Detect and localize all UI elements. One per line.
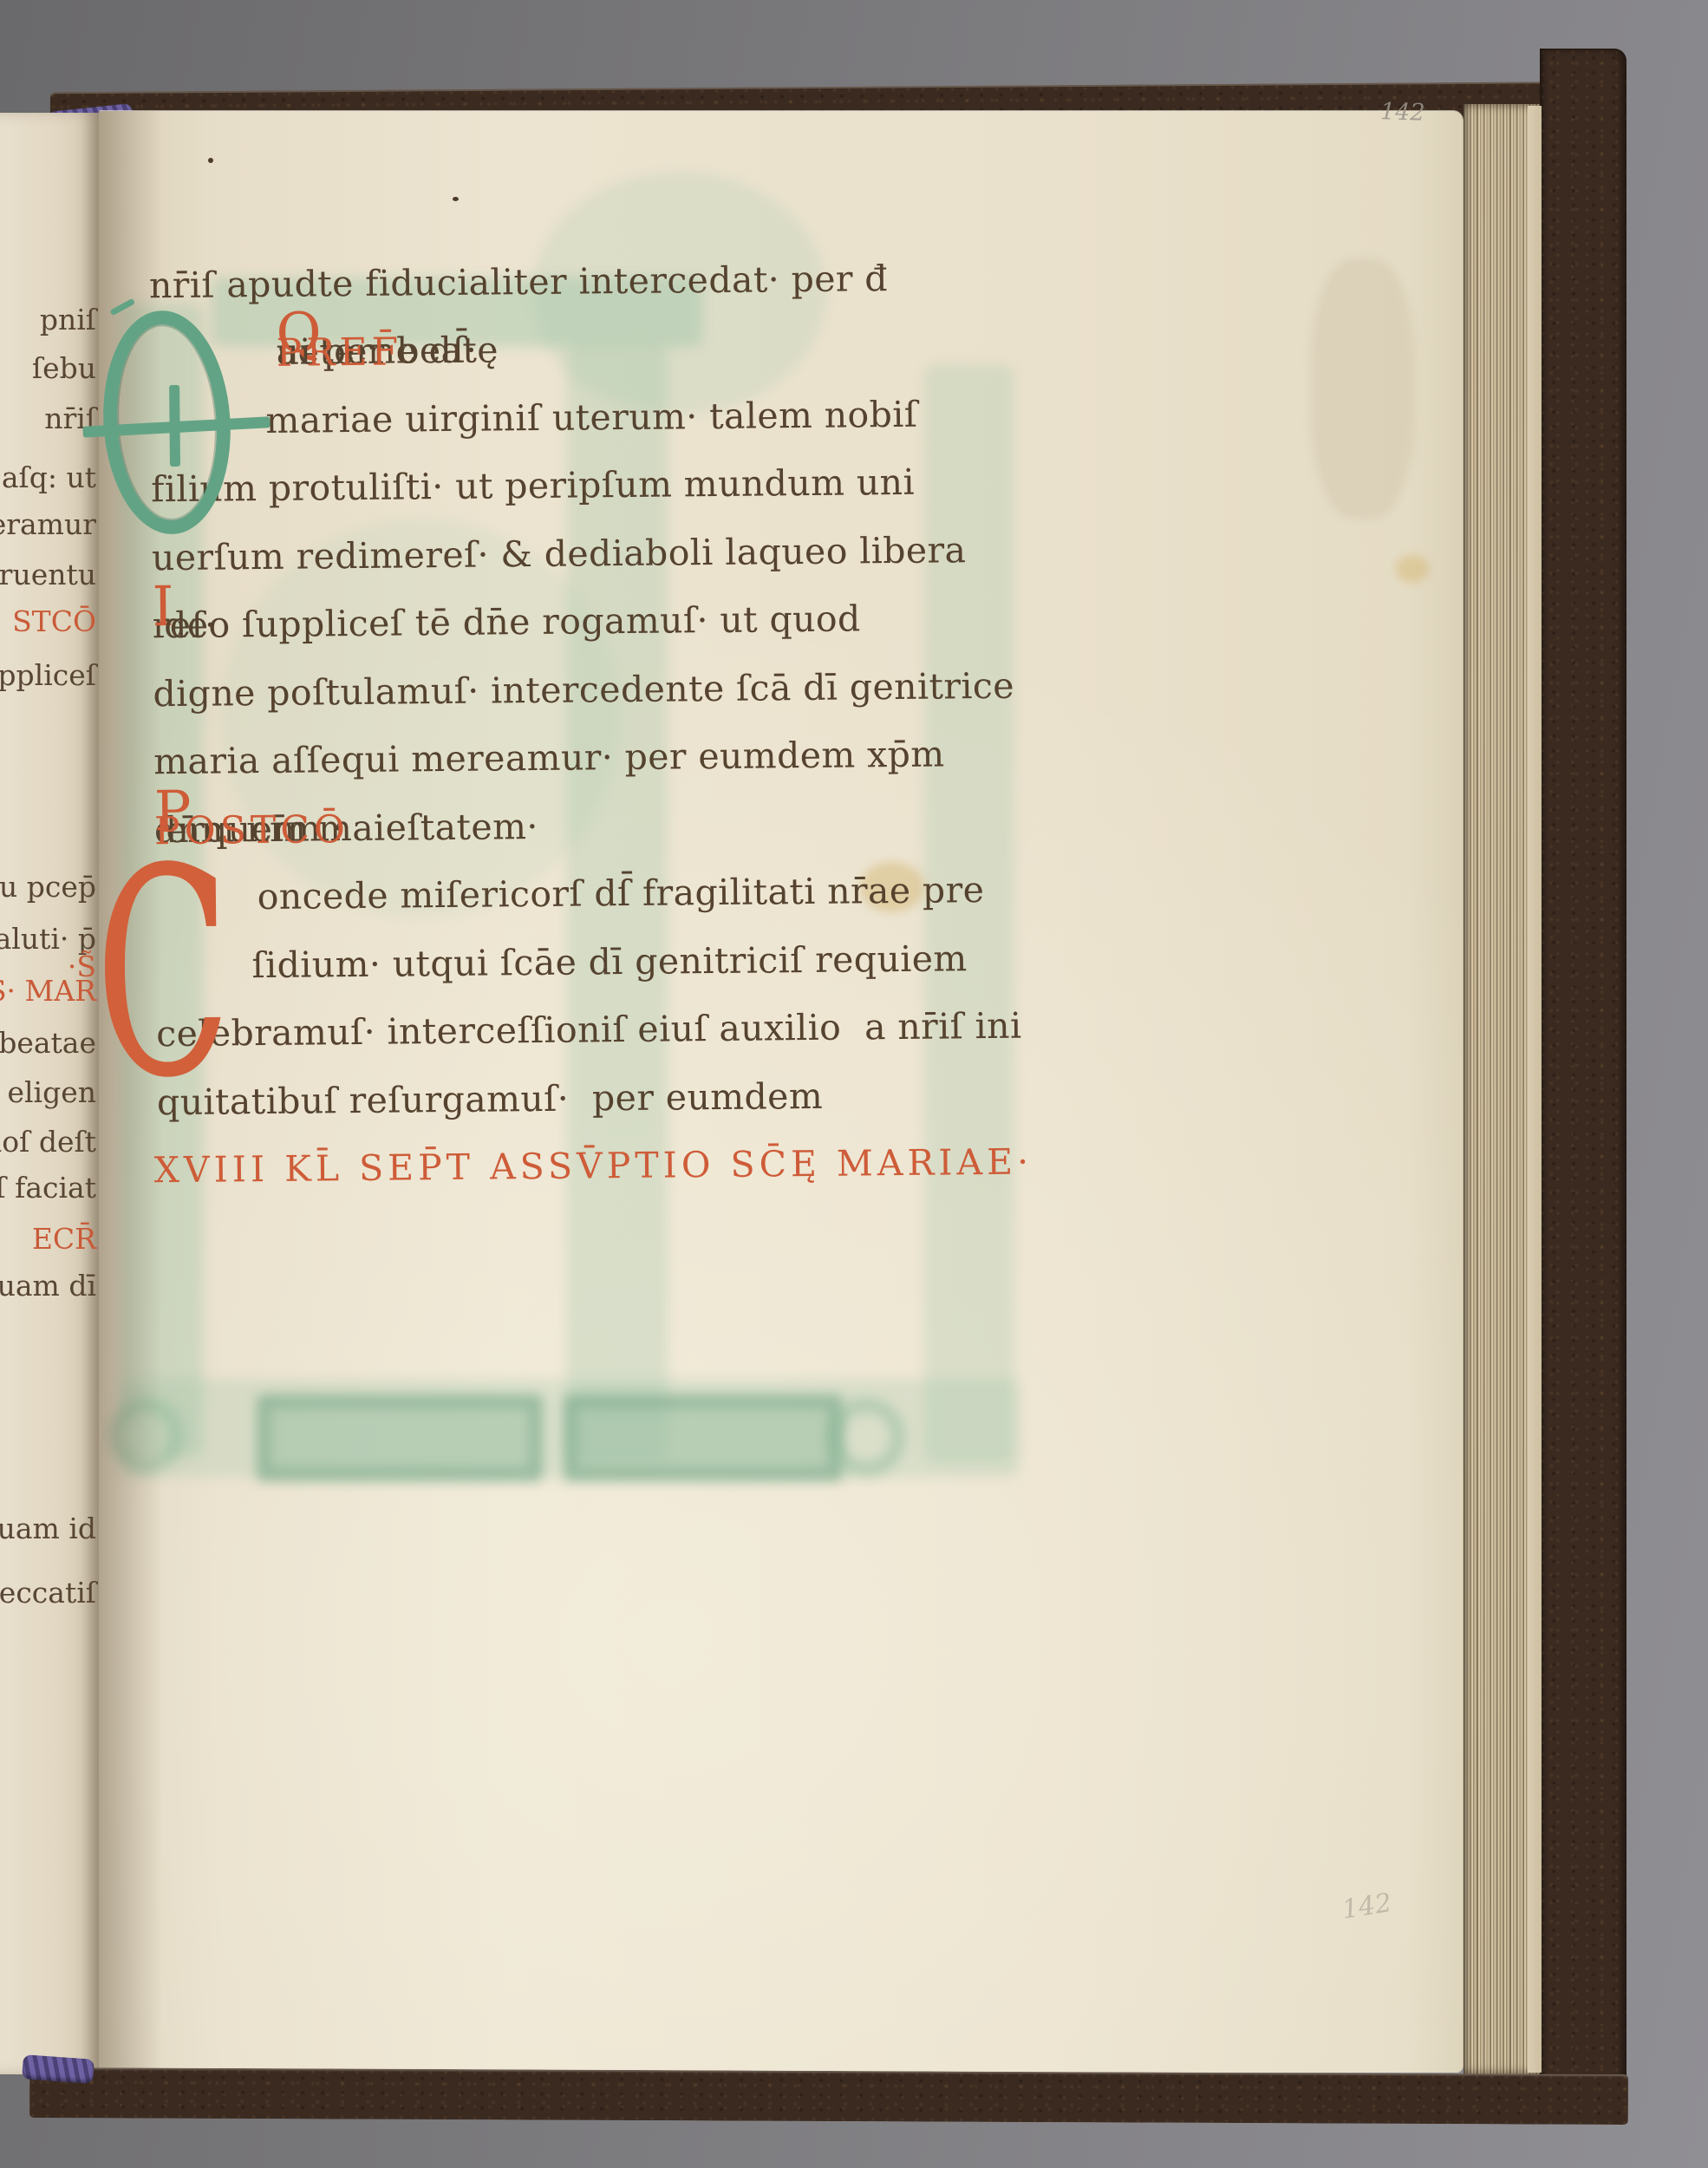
folio-number-top: 142 bbox=[1380, 100, 1425, 125]
manuscript-photo: pniſſebunr̄iſaſq: uteneramurruentuSTCŌpp… bbox=[0, 0, 1708, 2168]
margin-fragment: ruentu bbox=[0, 560, 96, 589]
margin-fragment: ppliceſ bbox=[0, 661, 96, 689]
leather-cover-bottom-edge bbox=[29, 2067, 1628, 2125]
margin-fragment: aſq: ut bbox=[2, 463, 96, 492]
stain-yellow-small bbox=[1396, 555, 1429, 583]
margin-fragment: eccatiſ bbox=[0, 1578, 96, 1607]
bleedthrough-column-mid bbox=[567, 343, 668, 1462]
bleedthrough-column-right bbox=[924, 364, 1014, 1464]
margin-fragment: tuam dī bbox=[0, 1271, 96, 1300]
bleedthrough-panel-2 bbox=[564, 1394, 843, 1481]
margin-fragments: pniſſebunr̄iſaſq: uteneramurruentuSTCŌpp… bbox=[0, 113, 99, 2074]
bleedthrough-haze-center bbox=[220, 519, 619, 917]
margin-fragment: oſ faciat bbox=[0, 1173, 96, 1202]
bleedthrough-roundel-right bbox=[827, 1398, 905, 1476]
bleedthrough-panel-1 bbox=[257, 1394, 543, 1481]
facing-page-edge: pniſſebunr̄iſaſq: uteneramurruentuSTCŌpp… bbox=[0, 113, 99, 2074]
endband-bottom bbox=[22, 2054, 95, 2084]
leather-cover-right bbox=[1540, 49, 1627, 2123]
margin-fragment: nr̄iſ bbox=[44, 404, 96, 433]
stain-soft-right bbox=[1311, 258, 1415, 519]
margin-fragment: pniſ bbox=[40, 305, 96, 334]
page-block-inner-edge bbox=[1528, 106, 1542, 2073]
bleedthrough-roundel-left bbox=[109, 1398, 184, 1473]
margin-fragment: uam id bbox=[0, 1514, 96, 1543]
stain-yellow bbox=[860, 862, 924, 912]
margin-fragment: beatae bbox=[0, 1028, 96, 1057]
margin-fragment: ſebu bbox=[32, 354, 96, 382]
margin-fragment: a noſ deſt bbox=[0, 1127, 96, 1156]
ink-speck-1 bbox=[208, 158, 213, 163]
margin-fragment: eneramur bbox=[0, 510, 96, 539]
bleedthrough-column-left bbox=[120, 304, 203, 1457]
folio-number-bottom: 142 bbox=[1340, 1890, 1393, 1924]
margin-fragment: ru pcep̄ bbox=[0, 872, 96, 901]
margin-fragment: ECR̄ bbox=[32, 1224, 96, 1253]
margin-fragment: S· MAR bbox=[0, 976, 96, 1005]
margin-fragment: eſ eligen bbox=[0, 1078, 96, 1107]
manuscript-page bbox=[99, 111, 1464, 2073]
ink-speck-2 bbox=[453, 197, 459, 201]
margin-fragment: STCŌ bbox=[12, 607, 96, 636]
